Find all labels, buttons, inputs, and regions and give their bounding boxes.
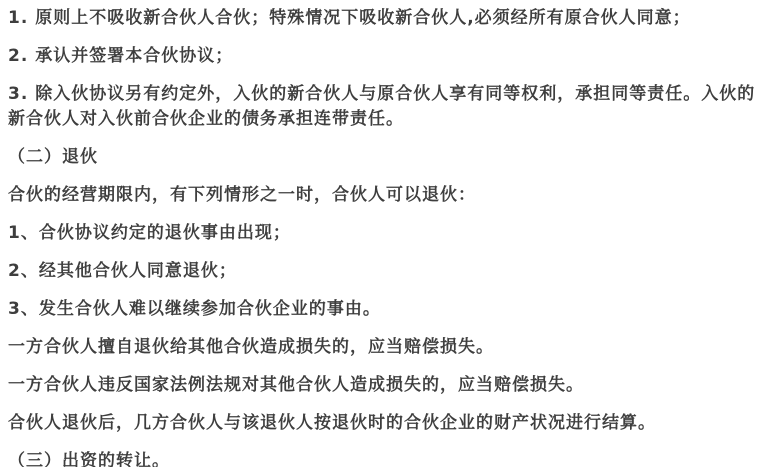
admission-rule-3: 3. 除入伙协议另有约定外，入伙的新合伙人与原合伙人享有同等权利，承担同等责任。… — [8, 82, 758, 132]
withdrawal-liability-2: 一方合伙人违反国家法例法规对其他合伙人造成损失的，应当赔偿损失。 — [8, 373, 758, 398]
withdrawal-liability-1: 一方合伙人擅自退伙给其他合伙造成损失的，应当赔偿损失。 — [8, 335, 758, 360]
section-heading-capital-transfer: （三）出资的转让。 — [8, 449, 758, 467]
admission-rule-2: 2. 承认并签署本合伙协议； — [8, 44, 758, 69]
section-heading-withdrawal: （二）退伙 — [8, 145, 758, 170]
withdrawal-condition-3: 3、发生合伙人难以继续参加合伙企业的事由。 — [8, 297, 758, 322]
withdrawal-condition-1: 1、合伙协议约定的退伙事由出现； — [8, 221, 758, 246]
document-page: 1. 原则上不吸收新合伙人合伙；特殊情况下吸收新合伙人,必须经所有原合伙人同意；… — [0, 0, 766, 467]
withdrawal-intro: 合伙的经营期限内，有下列情形之一时，合伙人可以退伙： — [8, 183, 758, 208]
withdrawal-condition-2: 2、经其他合伙人同意退伙； — [8, 259, 758, 284]
withdrawal-settlement: 合伙人退伙后，几方合伙人与该退伙人按退伙时的合伙企业的财产状况进行结算。 — [8, 411, 758, 436]
admission-rule-1: 1. 原则上不吸收新合伙人合伙；特殊情况下吸收新合伙人,必须经所有原合伙人同意； — [8, 6, 758, 31]
